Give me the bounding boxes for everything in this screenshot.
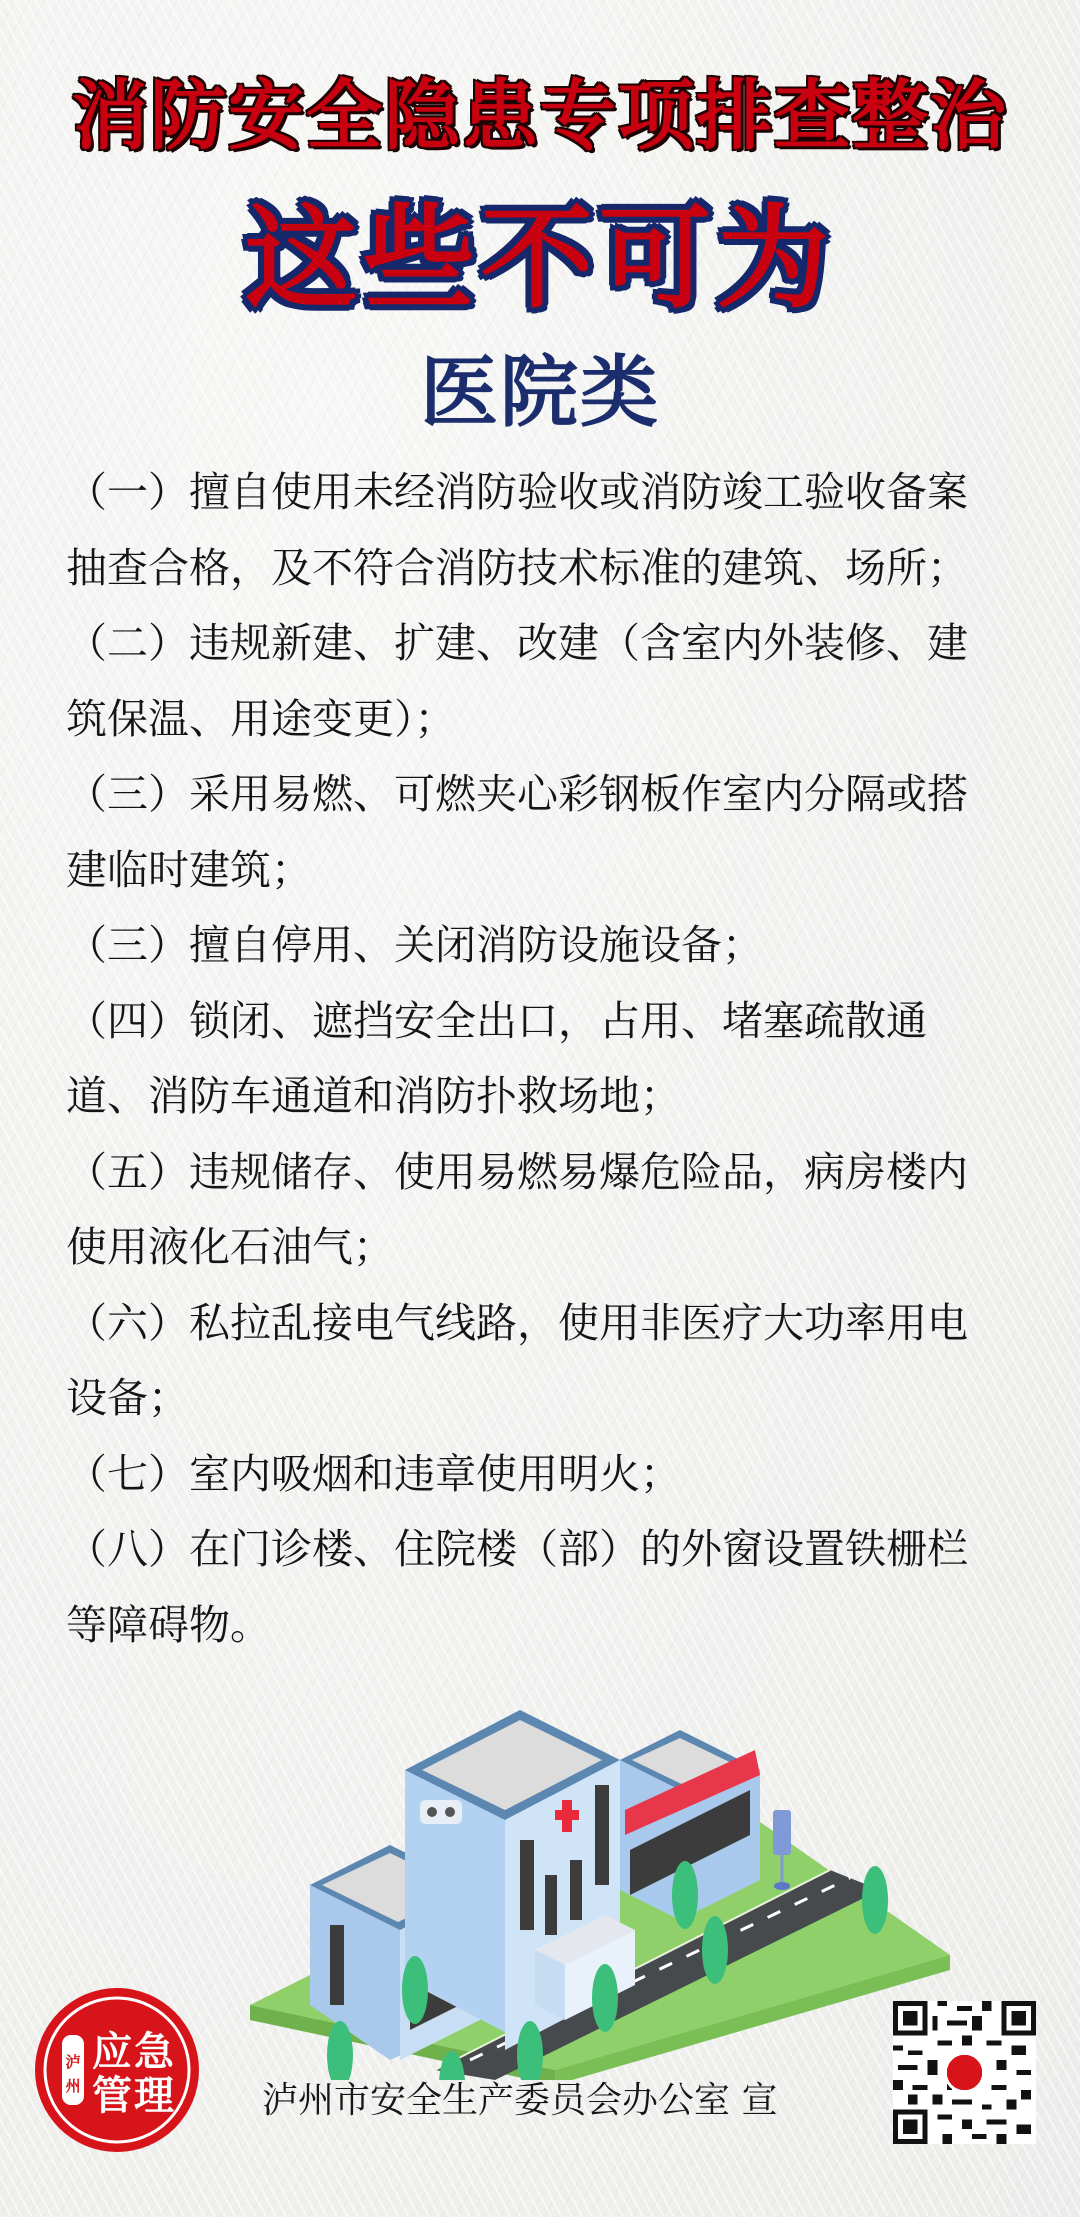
svg-text:应急: 应急 <box>92 2029 176 2075</box>
rule-item-8: （七）室内吸烟和违章使用明火； <box>66 1437 1001 1513</box>
main-title: 消防安全隐患专项排查整治 <box>0 66 1080 166</box>
rule-item-4: （三）擅自停用、关闭消防设施设备； <box>66 908 1001 984</box>
rule-item-5: （四）锁闭、遮挡安全出口，占用、堵塞疏散通道、消防车通道和消防扑救场地； <box>66 984 1001 1135</box>
qr-code-icon[interactable] <box>893 2001 1036 2144</box>
rule-item-9: （八）在门诊楼、住院楼（部）的外窗设置铁栅栏等障碍物。 <box>66 1512 1001 1663</box>
rules-list: （一）擅自使用未经消防验收或消防竣工验收备案抽查合格，及不符合消防技术标准的建筑… <box>66 455 1001 1663</box>
sub-title: 这些不可为 <box>0 184 1080 334</box>
emergency-management-logo-icon: 泸 州 应急 管理 <box>34 1987 200 2153</box>
publisher-credit: 泸州市安全生产委员会办公室 宣 <box>262 2076 822 2126</box>
rule-item-2: （二）违规新建、扩建、改建（含室内外装修、建筑保温、用途变更）； <box>66 606 1001 757</box>
svg-text:州: 州 <box>65 2077 80 2095</box>
hospital-illustration-icon <box>230 1660 970 2080</box>
svg-text:管理: 管理 <box>92 2073 176 2119</box>
svg-text:泸: 泸 <box>65 2053 80 2071</box>
rule-item-6: （五）违规储存、使用易燃易爆危险品，病房楼内使用液化石油气； <box>66 1135 1001 1286</box>
category-title: 医院类 <box>0 345 1080 441</box>
rule-item-1: （一）擅自使用未经消防验收或消防竣工验收备案抽查合格，及不符合消防技术标准的建筑… <box>66 455 1001 606</box>
rule-item-7: （六）私拉乱接电气线路，使用非医疗大功率用电设备； <box>66 1286 1001 1437</box>
rule-item-3: （三）采用易燃、可燃夹心彩钢板作室内分隔或搭建临时建筑； <box>66 757 1001 908</box>
